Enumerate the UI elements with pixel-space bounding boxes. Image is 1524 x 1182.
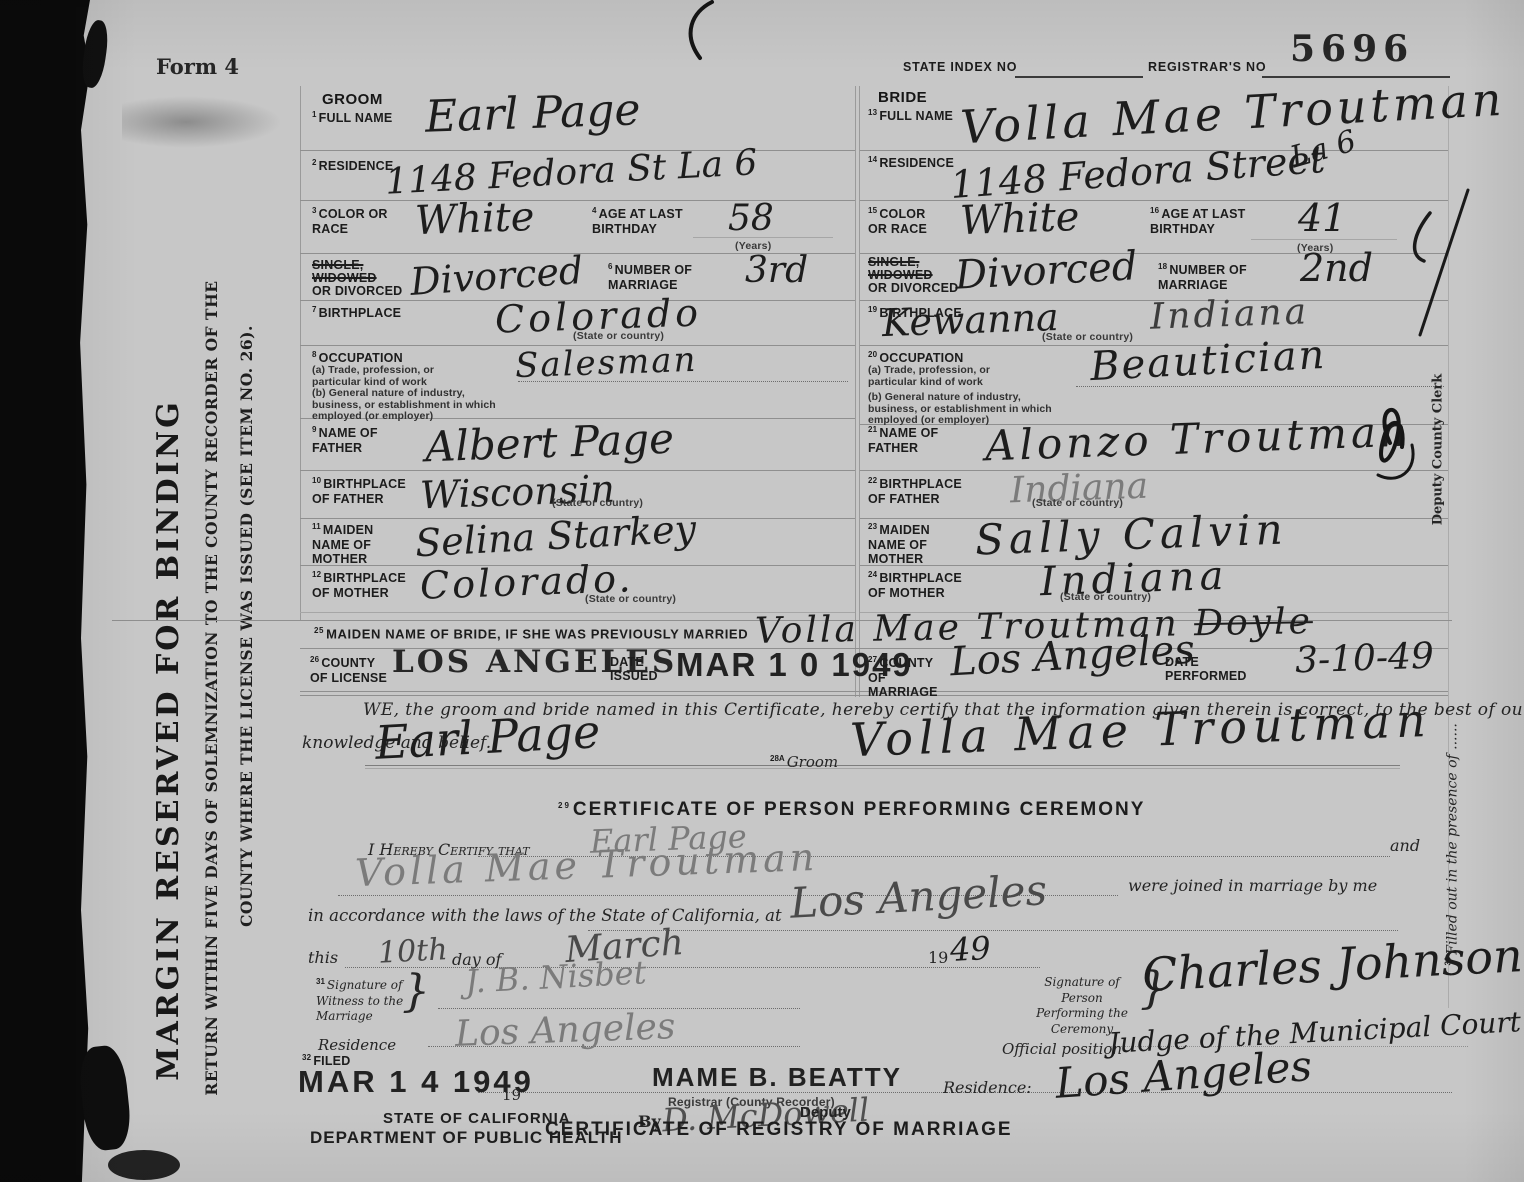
this-label: this xyxy=(308,948,338,967)
bride-mother-label: 23MAIDEN NAME OF MOTHER xyxy=(868,522,948,566)
state-or-country-caption: (State or country) xyxy=(585,594,676,605)
bride-marriage-number-value: 2nd xyxy=(1300,246,1373,290)
form-left-rule xyxy=(300,86,301,620)
ceremony-heading: 29CERTIFICATE OF PERSON PERFORMING CEREM… xyxy=(558,799,1145,821)
groom-full-name-label: 1FULL NAME xyxy=(312,110,392,126)
groom-age-label: 4AGE AT LAST BIRTHDAY xyxy=(592,206,710,236)
groom-occupation-b-caption: (b) General nature of industry, business… xyxy=(312,388,507,423)
bride-residence-label: 14RESIDENCE xyxy=(868,155,954,171)
bride-birthplace-value: Kewanna xyxy=(881,295,1059,345)
state-or-country-caption: (State or country) xyxy=(1042,332,1133,343)
bride-color-value: White xyxy=(959,194,1080,244)
row-rule xyxy=(860,200,1448,201)
groom-father-birthplace-value: Wisconsin xyxy=(419,467,615,518)
state-or-country-caption: (State or country) xyxy=(1032,498,1123,509)
accordance-label: in accordance with the laws of the State… xyxy=(308,906,782,925)
row-rule xyxy=(860,470,1448,471)
bride-section-label: BRIDE xyxy=(878,90,927,105)
scanned-marriage-certificate: MARGIN RESERVED FOR BINDING RETURN WITHI… xyxy=(0,0,1524,1182)
ceremony-year-value: 49 xyxy=(949,929,992,969)
groom-color-value: White xyxy=(414,194,535,244)
groom-residence-value: 1148 Fedora St La 6 xyxy=(384,142,758,202)
registrars-no-label: REGISTRAR'S NO xyxy=(1148,60,1266,74)
state-index-label: STATE INDEX NO xyxy=(903,60,1017,74)
filed-year-prefix: 19 xyxy=(502,1086,521,1104)
state-index-line xyxy=(1015,76,1143,78)
witness-label: 31Signature of Witness to the Marriage xyxy=(316,977,404,1025)
groom-signature: Earl Page xyxy=(374,704,602,770)
bride-age-label: 16AGE AT LAST BIRTHDAY xyxy=(1150,206,1268,236)
certify-rule xyxy=(588,930,1398,931)
groom-divorced-label: OR DIVORCED xyxy=(312,284,402,298)
ink-blotch xyxy=(108,1150,180,1180)
groom-occupation-a-caption: (a) Trade, profession, or particular kin… xyxy=(312,365,477,388)
binding-margin-line2: COUNTY WHERE THE LICENSE WAS ISSUED (SEE… xyxy=(237,226,257,1026)
groom-marriage-number-value: 3rd xyxy=(745,250,808,291)
groom-marriage-number-label: 6NUMBER OF MARRIAGE xyxy=(608,262,716,292)
witness-residence-value: Los Angeles xyxy=(454,1006,676,1055)
groom-signature-tag: 28AGroom xyxy=(770,753,838,771)
groom-father-birthplace-label: 10BIRTHPLACE OF FATHER xyxy=(312,476,417,506)
bride-occupation-a-caption: (a) Trade, profession, or particular kin… xyxy=(868,365,1033,388)
registrar-number-stamp: 5696 xyxy=(1290,28,1414,70)
groom-father-value: Albert Page xyxy=(424,414,675,472)
date-performed-label: DATE PERFORMED xyxy=(1165,655,1260,684)
joined-in-marriage-label: were joined in marriage by me xyxy=(1128,876,1377,895)
bride-father-label: 21NAME OF FATHER xyxy=(868,425,948,455)
bride-color-label: 15COLOR OR RACE xyxy=(868,206,946,236)
bride-marriage-number-label: 18NUMBER OF MARRIAGE xyxy=(1158,262,1266,292)
binding-margin-title: MARGIN RESERVED FOR BINDING xyxy=(151,330,185,1150)
prior-maiden-name-label: 25MAIDEN NAME OF BRIDE, IF SHE WAS PREVI… xyxy=(314,626,748,642)
bride-marital-value: Divorced xyxy=(954,243,1139,298)
groom-mother-label: 11MAIDEN NAME OF MOTHER xyxy=(312,522,392,566)
state-or-country-caption: (State or country) xyxy=(552,498,643,509)
bride-full-name-label: 13FULL NAME xyxy=(868,108,953,124)
groom-father-label: 9NAME OF FATHER xyxy=(312,425,392,455)
groom-color-label: 3COLOR OR RACE xyxy=(312,206,390,236)
county-of-license-label: 26COUNTY OF LICENSE xyxy=(310,655,390,685)
date-performed-value: 3-10-49 xyxy=(1294,636,1434,682)
form-number: Form 4 xyxy=(156,54,239,79)
state-or-country-caption: (State or country) xyxy=(573,331,664,342)
groom-full-name-value: Earl Page xyxy=(424,84,641,142)
state-or-country-caption: (State or country) xyxy=(1060,592,1151,603)
county-of-marriage-label: 27COUNTY OF MARRIAGE xyxy=(868,655,953,699)
groom-age-value: 58 xyxy=(728,198,774,239)
filled-out-note: 30Filled out in the presence of ...... xyxy=(1444,714,1461,974)
witness-brace: } xyxy=(402,966,430,1017)
ceremony-day-value: 10th xyxy=(377,932,448,971)
groom-mother-birthplace-label: 12BIRTHPLACE OF MOTHER xyxy=(312,570,417,600)
bride-full-name-value: Volla Mae Troutman xyxy=(959,72,1507,154)
signature-rule xyxy=(365,768,1400,769)
bride-father-birthplace-label: 22BIRTHPLACE OF FATHER xyxy=(868,476,973,506)
bride-age-value: 41 xyxy=(1298,196,1346,240)
groom-residence-label: 2RESIDENCE xyxy=(312,158,393,174)
state-of-california-label: STATE OF CALIFORNIA xyxy=(383,1110,571,1127)
scan-black-edge xyxy=(0,0,90,1182)
smudge xyxy=(122,96,282,148)
year-prefix-label: 19 xyxy=(928,948,948,967)
deputy-clerk-signature-squiggle xyxy=(1368,175,1478,495)
registrar-name-stamp: MAME B. BEATTY xyxy=(652,1062,902,1093)
date-issued-label: DATE ISSUED xyxy=(610,655,668,684)
filing-residence-label: Residence: xyxy=(943,1078,1032,1097)
ceremony-place-value: Los Angeles xyxy=(789,865,1048,927)
bride-divorced-label: OR DIVORCED xyxy=(868,281,958,295)
groom-birthplace-label: 7BIRTHPLACE xyxy=(312,305,401,321)
binding-margin-line1: RETURN WITHIN FIVE DAYS OF SOLEMNIZATION… xyxy=(202,193,222,1182)
stray-pen-mark xyxy=(660,0,730,62)
certify-rule xyxy=(345,967,1040,968)
groom-section-label: GROOM xyxy=(322,92,383,107)
bride-mother-birthplace-label: 24BIRTHPLACE OF MOTHER xyxy=(868,570,973,600)
ink-blotch xyxy=(77,1044,134,1152)
registry-title: CERTIFICATE OF REGISTRY OF MARRIAGE xyxy=(545,1119,1013,1141)
bride-birthplace-state-value: Indiana xyxy=(1149,291,1309,338)
performer-signature: Charles Johnson xyxy=(1141,928,1524,1002)
groom-occupation-value: Salesman xyxy=(514,340,698,386)
and-label: and xyxy=(1390,836,1420,855)
form-center-rule xyxy=(855,86,856,697)
witness-residence-label: Residence xyxy=(318,1036,396,1054)
witness-signature: J. B. Nisbet xyxy=(464,953,647,1000)
filed-date-stamp: MAR 1 4 1949 xyxy=(298,1064,534,1100)
form-center-rule xyxy=(859,86,860,697)
